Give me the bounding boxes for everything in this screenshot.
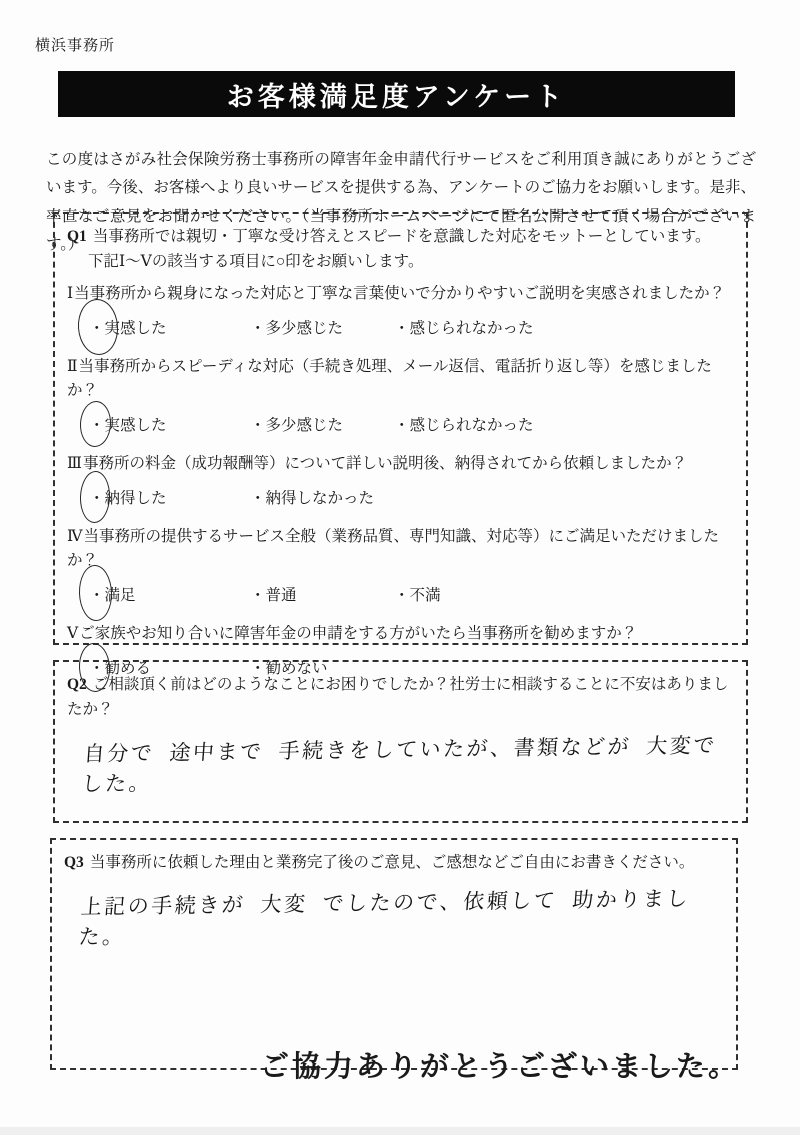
q3-question: Q3当事務所に依頼した理由と業務完了後のご意見、ご感想などご自由にお書きください…: [64, 850, 722, 875]
q1-item-1: Ⅰ当事務所から親身になった対応と丁寧な言葉使いで分かりやすいご説明を実感されまし…: [67, 282, 732, 340]
option-selected: ・実感した: [89, 413, 250, 435]
item-question: 当事務所の提供するサービス全般（業務品質、専門知識、対応等）にご満足いただけまし…: [67, 528, 719, 569]
option-selected: ・納得した: [89, 486, 250, 508]
item-numeral: Ⅱ: [67, 358, 78, 375]
q2-section-box: Q2ご相談頂く前はどのようなことにお困りでしたか？社労士に相談することに不安はあ…: [53, 660, 748, 823]
scan-edge-artifact: [0, 1127, 800, 1135]
option: ・納得しなかった: [250, 486, 394, 508]
question-text: Ⅴご家族やお知り合いに障害年金の申請をする方がいたら当事務所を勧めますか？: [67, 622, 732, 646]
page-title: お客様満足度アンケート: [227, 75, 566, 114]
option-label: ・実感した: [89, 417, 167, 434]
q3-handwritten-answer: 上記の手続きが 大変 でしたので、依頼して 助かりました。: [78, 882, 722, 951]
q2-question: Q2ご相談頂く前はどのようなことにお困りでしたか？社労士に相談することに不安はあ…: [67, 672, 732, 722]
q3-section-box: Q3当事務所に依頼した理由と業務完了後のご意見、ご感想などご自由にお書きください…: [50, 838, 738, 1070]
question-text: Ⅳ当事務所の提供するサービス全般（業務品質、専門知識、対応等）にご満足いただけま…: [67, 525, 732, 573]
q1-heading-line2: 下記Ⅰ～Ⅴの該当する項目に○印をお願いします。: [88, 249, 732, 274]
option-selected: ・実感した: [89, 316, 250, 338]
item-numeral: Ⅳ: [67, 528, 83, 545]
q1-section-box: Q1当事務所では親切・丁寧な受け答えとスピードを意識した対応をモットーとしていま…: [53, 212, 748, 645]
item-numeral: Ⅰ: [67, 285, 73, 302]
item-question: 当事務所からスピーディな対応（手続き処理、メール返信、電話折り返し等）を感じまし…: [67, 358, 712, 399]
q1-heading: Q1当事務所では親切・丁寧な受け答えとスピードを意識した対応をモットーとしていま…: [67, 224, 732, 249]
options-row: ・実感した ・多少感じた ・感じられなかった: [89, 411, 732, 437]
option: ・多少感じた: [250, 316, 394, 338]
options-row: ・納得した ・納得しなかった: [89, 484, 732, 510]
q1-item-4: Ⅳ当事務所の提供するサービス全般（業務品質、専門知識、対応等）にご満足いただけま…: [67, 525, 732, 607]
q1-item-3: Ⅲ事務所の料金（成功報酬等）について詳しい説明後、納得されてから依頼しましたか？…: [67, 452, 732, 510]
q3-question-text: 当事務所に依頼した理由と業務完了後のご意見、ご感想などご自由にお書きください。: [90, 854, 695, 871]
q1-item-2: Ⅱ当事務所からスピーディな対応（手続き処理、メール返信、電話折り返し等）を感じま…: [67, 355, 732, 437]
option-label: ・納得した: [89, 490, 167, 507]
office-label: 横浜事務所: [35, 34, 115, 55]
item-question: 事務所の料金（成功報酬等）について詳しい説明後、納得されてから依頼しましたか？: [83, 455, 687, 472]
options-row: ・実感した ・多少感じた ・感じられなかった: [89, 314, 732, 340]
question-text: Ⅰ当事務所から親身になった対応と丁寧な言葉使いで分かりやすいご説明を実感されまし…: [67, 282, 732, 306]
q1-heading-line1: 当事務所では親切・丁寧な受け答えとスピードを意識した対応をモットーとしています。: [93, 228, 711, 245]
q2-question-text: ご相談頂く前はどのようなことにお困りでしたか？社労士に相談することに不安はありま…: [67, 676, 728, 718]
q3-label: Q3: [64, 854, 84, 871]
question-text: Ⅱ当事務所からスピーディな対応（手続き処理、メール返信、電話折り返し等）を感じま…: [67, 355, 732, 403]
title-banner: お客様満足度アンケート: [58, 71, 735, 117]
item-numeral: Ⅲ: [67, 455, 82, 472]
q1-label: Q1: [67, 228, 87, 245]
option: ・感じられなかった: [394, 413, 534, 435]
survey-scan-page: 横浜事務所 お客様満足度アンケート この度はさがみ社会保険労務士事務所の障害年金…: [0, 0, 800, 1135]
option-label: ・実感した: [89, 320, 167, 337]
question-text: Ⅲ事務所の料金（成功報酬等）について詳しい説明後、納得されてから依頼しましたか？: [67, 452, 732, 476]
option: ・多少感じた: [250, 413, 394, 435]
closing-thanks-text: ご協力ありがとうございました。: [260, 1044, 740, 1085]
option-selected: ・満足: [89, 583, 250, 605]
q2-handwritten-answer: 自分で 途中まで 手続きをしていたが、書類などが 大変でした。: [81, 729, 732, 798]
option-label: ・満足: [89, 587, 136, 604]
options-row: ・満足 ・普通 ・不満: [89, 581, 732, 607]
item-question: ご家族やお知り合いに障害年金の申請をする方がいたら当事務所を勧めますか？: [79, 625, 637, 642]
item-question: 当事務所から親身になった対応と丁寧な言葉使いで分かりやすいご説明を実感されました…: [74, 285, 725, 302]
option: ・不満: [394, 583, 441, 605]
q2-label: Q2: [67, 676, 87, 693]
option: ・感じられなかった: [394, 316, 534, 338]
item-numeral: Ⅴ: [67, 625, 78, 642]
option: ・普通: [250, 583, 394, 605]
